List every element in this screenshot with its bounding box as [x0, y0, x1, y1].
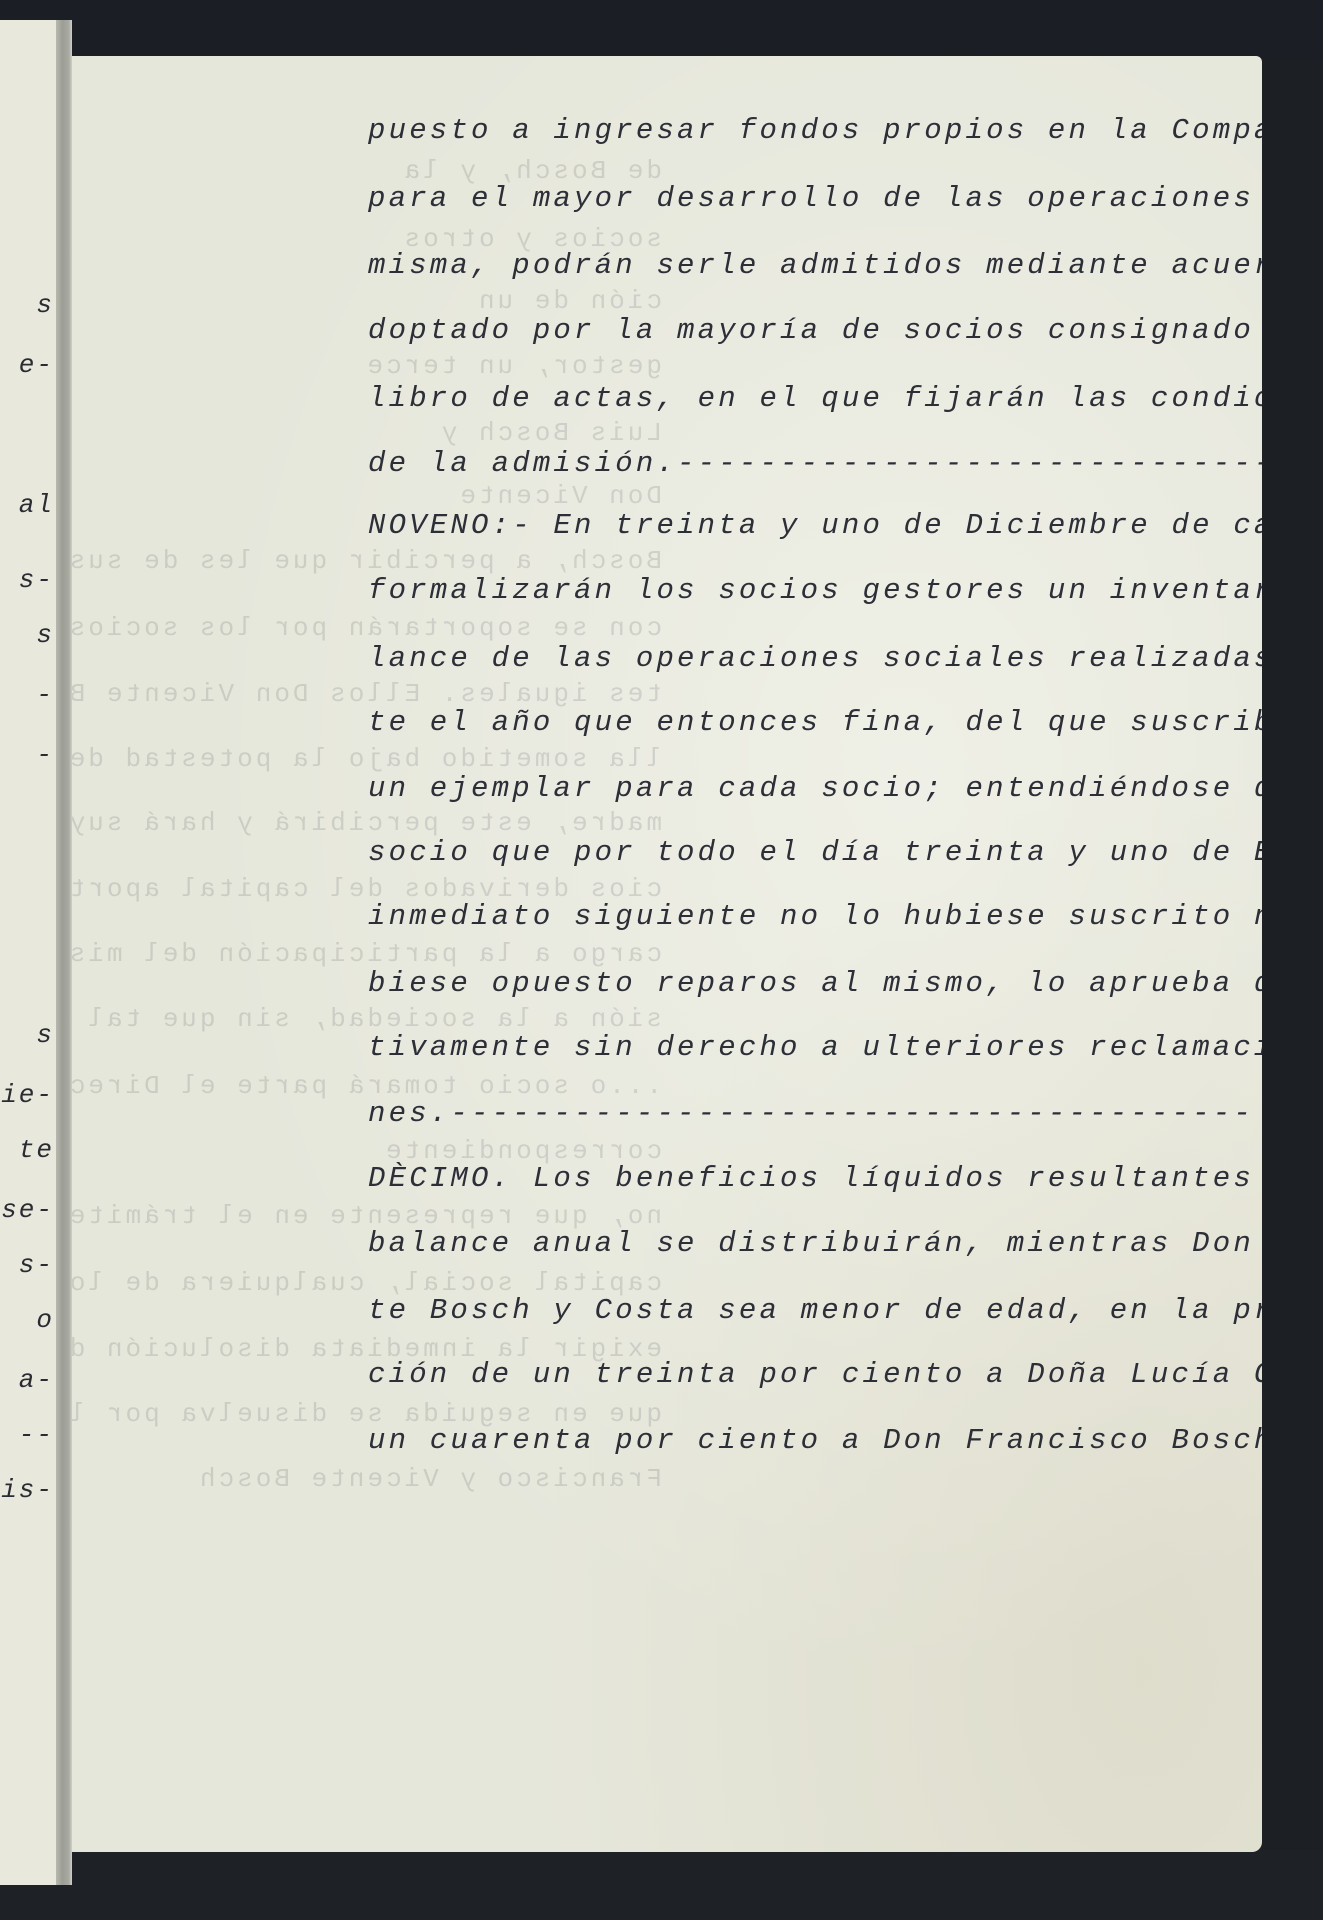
text-line: balance anual se distribuirán, mientras …	[368, 1227, 1262, 1260]
text-line: doptado por la mayoría de socios consign…	[368, 314, 1262, 347]
text-line: lance de las operaciones sociales realiz…	[368, 642, 1262, 675]
bleed-through-text: Luis Bosch y	[102, 418, 662, 448]
text-line: ción de un treinta por ciento a Doña Luc…	[368, 1358, 1262, 1391]
text-line: para el mayor desarrollo de las operacio…	[368, 182, 1262, 215]
previous-page-text-fragment: s	[36, 620, 54, 650]
previous-page-text-fragment: a-	[19, 1365, 54, 1395]
bleed-through-text: madre, este percibirá y hará suyos los b…	[102, 808, 662, 838]
text-line: un cuarenta por ciento a Don Francisco B…	[368, 1424, 1262, 1457]
text-line: nes.------------------------------------…	[368, 1097, 1254, 1130]
bleed-through-text: gestor, un terce	[102, 351, 662, 381]
text-line: te Bosch y Costa sea menor de edad, en l…	[368, 1294, 1262, 1327]
previous-page-text-fragment: --	[19, 1420, 54, 1450]
text-line: inmediato siguiente no lo hubiese suscri…	[368, 900, 1262, 933]
previous-page-text-fragment: ie-	[1, 1080, 54, 1110]
text-line: misma, podrán serle admitidos mediante a…	[368, 249, 1262, 282]
clause-noveno-heading-line: NOVENO:- En treinta y uno de Diciembre d…	[368, 509, 1262, 542]
previous-page-text-fragment: is-	[1, 1475, 54, 1505]
bleed-through-text: lla sometido bajo la potestad de su seño…	[102, 744, 662, 774]
previous-page-edge: se-als-s--sie-tese-s-oa---is-	[0, 20, 57, 1885]
scanner-background-bottom	[0, 1850, 1323, 1920]
bleed-through-text: cargo a la participación del mismo, los …	[102, 939, 662, 969]
bleed-through-text: Don Vicente	[102, 481, 662, 511]
previous-page-text-fragment: se-	[1, 1195, 54, 1225]
text-line: te el año que entonces fina, del que sus…	[368, 706, 1262, 739]
previous-page-text-fragment: -	[36, 740, 54, 770]
text-line: biese opuesto reparos al mismo, lo aprue…	[368, 967, 1262, 1000]
scanner-background-top	[0, 0, 1323, 60]
previous-page-text-fragment: e-	[19, 350, 54, 380]
previous-page-text-fragment: o	[36, 1305, 54, 1335]
text-line: tivamente sin derecho a ulteriores recla…	[368, 1031, 1262, 1064]
text-line: socio que por todo el día treinta y uno …	[368, 836, 1262, 869]
text-line: puesto a ingresar fondos propios en la C…	[368, 114, 1262, 147]
previous-page-text-fragment: s-	[19, 565, 54, 595]
previous-page-text-fragment: s	[36, 290, 54, 320]
bleed-through-text: tes iguales. Ellos Don Vicente Bosch se …	[102, 679, 662, 709]
text-line: libro de actas, en el que fijarán las co…	[368, 382, 1262, 415]
text-line: un ejemplar para cada socio; entendiéndo…	[368, 772, 1262, 805]
bleed-through-text: Francisco y Vicente Bosch	[102, 1464, 662, 1494]
previous-page-text-fragment: -	[36, 680, 54, 710]
bleed-through-text: sión a la sociedad, sin que tal aportar.	[102, 1004, 662, 1034]
text-line: de la admisión.-------------------------…	[368, 447, 1262, 480]
clause-decimo-heading-line: DÈCIMO. Los beneficios líquidos resultan…	[368, 1162, 1262, 1195]
previous-page-text-fragment: al	[19, 490, 54, 520]
bleed-through-text: con se soportarán por los socios, por pa…	[102, 613, 662, 643]
previous-page-text-fragment: s	[36, 1020, 54, 1050]
document-page: de Bosch, y lasocios y otrosción de unge…	[72, 56, 1262, 1852]
previous-page-text-fragment: s-	[19, 1250, 54, 1280]
text-line: formalizarán los socios gestores un inve…	[368, 574, 1262, 607]
book-gutter	[56, 20, 72, 1885]
bleed-through-text: ción de un	[102, 286, 662, 316]
previous-page-text-fragment: te	[19, 1135, 54, 1165]
bleed-through-text: Bosch, a percibir que les de sus ejercic…	[102, 546, 662, 576]
